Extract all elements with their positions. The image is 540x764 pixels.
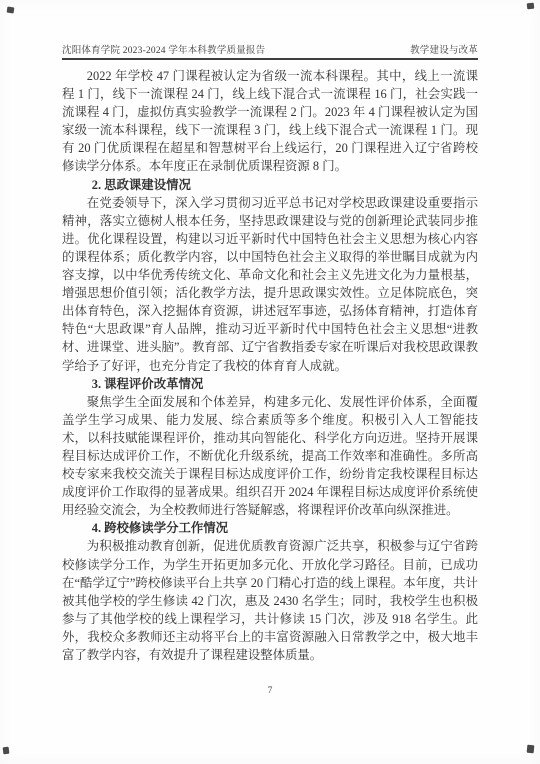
page-header: 沈阳体育学院 2023-2024 学年本科教学质量报告 教学建设与改革 — [62, 42, 478, 56]
scan-corner-mark-bottom-left — [3, 747, 10, 755]
page-number: 7 — [268, 686, 273, 696]
section-heading-cross-school-credit: 4. 跨校修读学分工作情况 — [62, 519, 478, 537]
scan-corner-mark-bottom-right — [527, 745, 535, 754]
document-body: 2022 年学校 47 门课程被认定为省级一流本科课程。其中，线上一流课程 1 … — [62, 67, 478, 664]
section-heading-course-evaluation: 3. 课程评价改革情况 — [62, 375, 478, 393]
section-paragraph-cross-school-credit: 为积极推动教育创新，促进优质教育资源广泛共享，积极参与辽宁省跨校修读学分工作，为… — [62, 537, 478, 664]
header-chapter-title: 教学建设与改革 — [410, 42, 478, 56]
section-heading-sizheng: 2. 思政课建设情况 — [62, 176, 478, 194]
scan-corner-mark-top-right — [527, 3, 535, 10]
section-cross-school-credit: 4. 跨校修读学分工作情况 为积极推动教育创新，促进优质教育资源广泛共享，积极参… — [62, 519, 478, 664]
document-page: 沈阳体育学院 2023-2024 学年本科教学质量报告 教学建设与改革 2022… — [0, 0, 540, 764]
page-footer: 7 — [0, 686, 540, 696]
intro-paragraph: 2022 年学校 47 门课程被认定为省级一流本科课程。其中，线上一流课程 1 … — [62, 67, 478, 176]
section-paragraph-sizheng: 在党委领导下，深入学习贯彻习近平总书记对学校思政课建设重要指示精神，落实立德树人… — [62, 194, 478, 375]
section-paragraph-course-evaluation: 聚焦学生全面发展和个体差异，构建多元化、发展性评价体系，全面覆盖学生学习成果、能… — [62, 393, 478, 520]
section-sizheng: 2. 思政课建设情况 在党委领导下，深入学习贯彻习近平总书记对学校思政课建设重要… — [62, 176, 478, 375]
header-report-title: 沈阳体育学院 2023-2024 学年本科教学质量报告 — [62, 42, 265, 56]
section-course-evaluation: 3. 课程评价改革情况 聚焦学生全面发展和个体差异，构建多元化、发展性评价体系，… — [62, 375, 478, 520]
scan-corner-mark-top-left — [7, 7, 15, 14]
header-rule — [62, 58, 478, 60]
